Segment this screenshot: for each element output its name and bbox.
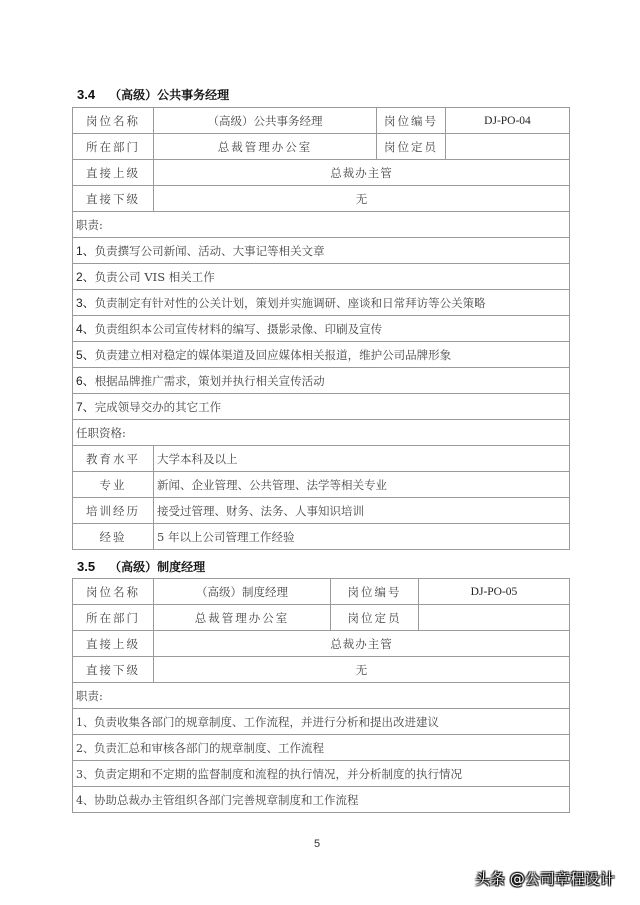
duty-item: 7、完成领导交办的其它工作 bbox=[73, 394, 570, 420]
qualification-row: 培训经历 接受过管理、财务、法务、人事知识培训 bbox=[73, 498, 570, 524]
position-name-label: 岗位名称 bbox=[73, 108, 154, 134]
superior-value: 总裁办主管 bbox=[154, 160, 570, 186]
qualification-value: 接受过管理、财务、法务、人事知识培训 bbox=[154, 498, 570, 524]
section-heading-3-4: 3.4（高级）公共事务经理 bbox=[77, 86, 229, 103]
duty-number: 3、 bbox=[76, 296, 95, 310]
duty-item: 6、根据品牌推广需求，策划并执行相关宣传活动 bbox=[73, 368, 570, 394]
headcount-value bbox=[419, 605, 570, 631]
duty-item: 2、负责公司 VIS 相关工作 bbox=[73, 264, 570, 290]
section-number: 3.5 bbox=[77, 559, 95, 574]
position-code-value: DJ-PO-04 bbox=[446, 108, 570, 134]
table-row: 直接下级 无 bbox=[73, 186, 570, 212]
duty-text: 负责制定有针对性的公关计划，策划并实施调研、座谈和日常拜访等公关策略 bbox=[95, 296, 486, 310]
duty-number: 1、 bbox=[76, 716, 94, 729]
qualification-label: 经验 bbox=[73, 524, 154, 550]
duty-item: 4、协助总裁办主管组织各部门完善规章制度和工作流程 bbox=[73, 787, 570, 813]
duty-number: 5、 bbox=[76, 348, 95, 362]
duty-text: 负责撰写公司新闻、活动、大事记等相关文章 bbox=[95, 244, 325, 258]
duty-text: 根据品牌推广需求，策划并执行相关宣传活动 bbox=[95, 374, 325, 388]
table-row: 所在部门 总裁管理办公室 岗位定员 bbox=[73, 134, 570, 160]
duty-item: 5、负责建立相对稳定的媒体渠道及回应媒体相关报道，维护公司品牌形象 bbox=[73, 342, 570, 368]
duty-text: 负责定期和不定期的监督制度和流程的执行情况，并分析制度的执行情况 bbox=[94, 767, 462, 781]
table-row: 职责: bbox=[73, 683, 570, 709]
qualification-label: 专业 bbox=[73, 472, 154, 498]
duty-text: 负责组织本公司宣传材料的编写、摄影录像、印刷及宣传 bbox=[95, 322, 383, 336]
duty-item: 3、负责定期和不定期的监督制度和流程的执行情况，并分析制度的执行情况 bbox=[73, 761, 570, 787]
position-table-3-5: 岗位名称 （高级）制度经理 岗位编号 DJ-PO-05 所在部门 总裁管理办公室… bbox=[72, 578, 570, 813]
superior-label: 直接上级 bbox=[73, 631, 154, 657]
duty-text: 负责收集各部门的规章制度、工作流程，并进行分析和提出改进建议 bbox=[94, 715, 439, 729]
subordinate-value: 无 bbox=[154, 186, 570, 212]
table-row: 岗位名称 （高级）制度经理 岗位编号 DJ-PO-05 bbox=[73, 579, 570, 605]
qualification-label: 教育水平 bbox=[73, 446, 154, 472]
department-value: 总裁管理办公室 bbox=[154, 605, 331, 631]
table-row: 任职资格: bbox=[73, 420, 570, 446]
headcount-value bbox=[446, 134, 570, 160]
subordinate-label: 直接下级 bbox=[73, 186, 154, 212]
section-number: 3.4 bbox=[77, 87, 95, 102]
position-table-3-4: 岗位名称 （高级）公共事务经理 岗位编号 DJ-PO-04 所在部门 总裁管理办… bbox=[72, 107, 570, 550]
headcount-label: 岗位定员 bbox=[331, 605, 419, 631]
position-code-value: DJ-PO-05 bbox=[419, 579, 570, 605]
qualifications-label: 任职资格: bbox=[73, 420, 570, 446]
headcount-label: 岗位定员 bbox=[377, 134, 446, 160]
table-row: 所在部门 总裁管理办公室 岗位定员 bbox=[73, 605, 570, 631]
position-code-label: 岗位编号 bbox=[331, 579, 419, 605]
subordinate-label: 直接下级 bbox=[73, 657, 154, 683]
duty-item: 2、负责汇总和审核各部门的规章制度、工作流程 bbox=[73, 735, 570, 761]
watermark: 头条 @公司章程设计 bbox=[475, 868, 615, 889]
superior-value: 总裁办主管 bbox=[154, 631, 570, 657]
superior-label: 直接上级 bbox=[73, 160, 154, 186]
qualification-row: 教育水平 大学本科及以上 bbox=[73, 446, 570, 472]
qualification-value: 大学本科及以上 bbox=[154, 446, 570, 472]
table-row: 直接上级 总裁办主管 bbox=[73, 160, 570, 186]
position-name-value: （高级）制度经理 bbox=[154, 579, 331, 605]
qualification-value: 5 年以上公司管理工作经验 bbox=[154, 524, 570, 550]
duty-number: 3、 bbox=[76, 768, 94, 781]
section-title: （高级）制度经理 bbox=[109, 560, 205, 574]
duty-text: 负责汇总和审核各部门的规章制度、工作流程 bbox=[94, 741, 324, 755]
position-name-label: 岗位名称 bbox=[73, 579, 154, 605]
duty-item: 3、负责制定有针对性的公关计划，策划并实施调研、座谈和日常拜访等公关策略 bbox=[73, 290, 570, 316]
duty-number: 6、 bbox=[76, 374, 95, 388]
position-code-label: 岗位编号 bbox=[377, 108, 446, 134]
qualification-label: 培训经历 bbox=[73, 498, 154, 524]
table-row: 职责: bbox=[73, 212, 570, 238]
department-label: 所在部门 bbox=[73, 605, 154, 631]
duty-number: 2、 bbox=[76, 742, 94, 755]
department-value: 总裁管理办公室 bbox=[154, 134, 377, 160]
position-name-value: （高级）公共事务经理 bbox=[154, 108, 377, 134]
qualification-row: 专业 新闻、企业管理、公共管理、法学等相关专业 bbox=[73, 472, 570, 498]
department-label: 所在部门 bbox=[73, 134, 154, 160]
duty-number: 1、 bbox=[76, 244, 95, 258]
duties-label: 职责: bbox=[73, 212, 570, 238]
duty-item: 4、负责组织本公司宣传材料的编写、摄影录像、印刷及宣传 bbox=[73, 316, 570, 342]
duty-number: 4、 bbox=[76, 322, 95, 336]
subordinate-value: 无 bbox=[154, 657, 570, 683]
page-number: 5 bbox=[314, 838, 320, 850]
table-row: 直接上级 总裁办主管 bbox=[73, 631, 570, 657]
duty-item: 1、负责收集各部门的规章制度、工作流程，并进行分析和提出改进建议 bbox=[73, 709, 570, 735]
duty-number: 4、 bbox=[76, 794, 94, 807]
qualification-row: 经验 5 年以上公司管理工作经验 bbox=[73, 524, 570, 550]
duties-label: 职责: bbox=[73, 683, 570, 709]
table-row: 岗位名称 （高级）公共事务经理 岗位编号 DJ-PO-04 bbox=[73, 108, 570, 134]
duty-number: 2、 bbox=[76, 270, 95, 284]
table-row: 直接下级 无 bbox=[73, 657, 570, 683]
duty-number: 7、 bbox=[76, 400, 95, 414]
section-title: （高级）公共事务经理 bbox=[109, 88, 229, 102]
qualification-value: 新闻、企业管理、公共管理、法学等相关专业 bbox=[154, 472, 570, 498]
duty-item: 1、负责撰写公司新闻、活动、大事记等相关文章 bbox=[73, 238, 570, 264]
section-heading-3-5: 3.5（高级）制度经理 bbox=[77, 558, 205, 575]
duty-text: 负责建立相对稳定的媒体渠道及回应媒体相关报道，维护公司品牌形象 bbox=[95, 348, 452, 362]
duty-text: 协助总裁办主管组织各部门完善规章制度和工作流程 bbox=[94, 793, 359, 807]
duty-text: 负责公司 VIS 相关工作 bbox=[95, 270, 215, 284]
duty-text: 完成领导交办的其它工作 bbox=[95, 400, 222, 414]
